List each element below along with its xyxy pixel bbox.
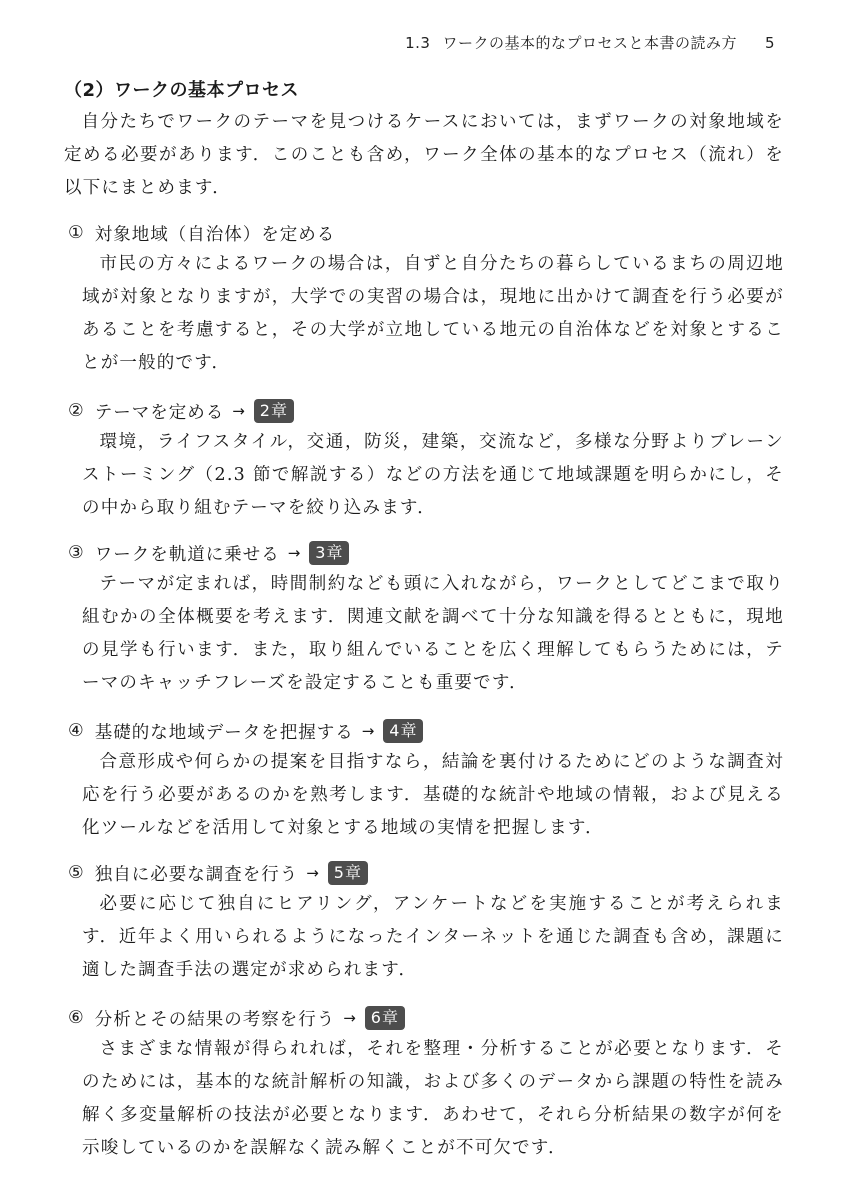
step-heading: ② テーマを定める → 2章	[68, 396, 784, 426]
arrow-right-icon: →	[288, 544, 302, 562]
page-number: 5	[765, 34, 775, 52]
step-body: 環境，ライフスタイル，交通，防災，建築，交流など，多様な分野よりブレーンストーミ…	[68, 426, 784, 525]
header-section-title: ワークの基本的なプロセスと本書の読み方	[442, 32, 737, 53]
arrow-right-icon: →	[343, 1009, 357, 1027]
step-title: 分析とその結果の考察を行う	[95, 1006, 336, 1031]
arrow-right-icon: →	[362, 722, 376, 740]
process-step-6: ⑥ 分析とその結果の考察を行う → 6章 さまざまな情報が得られれば，それを整理…	[68, 1003, 784, 1165]
step-number: ⑤	[68, 863, 85, 883]
process-step-4: ④ 基礎的な地域データを把握する → 4章 合意形成や何らかの提案を目指すなら，…	[68, 716, 784, 845]
arrow-right-icon: →	[306, 864, 320, 882]
step-title: 基礎的な地域データを把握する	[95, 719, 354, 744]
process-step-1: ① 対象地域（自治体）を定める 市民の方々によるワークの場合は，自ずと自分たちの…	[68, 218, 784, 380]
process-step-2: ② テーマを定める → 2章 環境，ライフスタイル，交通，防災，建築，交流など，…	[68, 396, 784, 525]
intro-paragraph: 自分たちでワークのテーマを見つけるケースにおいては，まずワークの対象地域を定める…	[64, 106, 784, 205]
step-body: 必要に応じて独自にヒアリング，アンケートなどを実施することが考えられます．近年よ…	[68, 888, 784, 987]
step-title: ワークを軌道に乗せる	[95, 541, 280, 566]
step-number: ④	[68, 721, 85, 741]
chapter-badge: 5章	[328, 861, 368, 885]
step-heading: ⑤ 独自に必要な調査を行う → 5章	[68, 858, 784, 888]
section-title: （2）ワークの基本プロセス	[64, 76, 299, 102]
step-number: ②	[68, 401, 85, 421]
step-heading: ① 対象地域（自治体）を定める	[68, 218, 784, 248]
chapter-badge: 4章	[383, 719, 423, 743]
step-heading: ④ 基礎的な地域データを把握する → 4章	[68, 716, 784, 746]
chapter-badge: 6章	[365, 1006, 405, 1030]
running-header: 1.3 ワークの基本的なプロセスと本書の読み方 5	[405, 32, 775, 53]
step-number: ①	[68, 223, 85, 243]
process-step-3: ③ ワークを軌道に乗せる → 3章 テーマが定まれば，時間制約なども頭に入れなが…	[68, 538, 784, 700]
step-title: テーマを定める	[95, 399, 225, 424]
step-heading: ⑥ 分析とその結果の考察を行う → 6章	[68, 1003, 784, 1033]
step-number: ⑥	[68, 1008, 85, 1028]
arrow-right-icon: →	[232, 402, 246, 420]
chapter-badge: 3章	[309, 541, 349, 565]
step-body: 合意形成や何らかの提案を目指すなら，結論を裏付けるためにどのような調査対応を行う…	[68, 746, 784, 845]
step-number: ③	[68, 543, 85, 563]
step-title: 独自に必要な調査を行う	[95, 861, 299, 886]
step-body: 市民の方々によるワークの場合は，自ずと自分たちの暮らしているまちの周辺地域が対象…	[68, 248, 784, 380]
step-body: さまざまな情報が得られれば，それを整理・分析することが必要となります．そのために…	[68, 1033, 784, 1165]
step-title: 対象地域（自治体）を定める	[95, 221, 336, 246]
process-step-5: ⑤ 独自に必要な調査を行う → 5章 必要に応じて独自にヒアリング，アンケートな…	[68, 858, 784, 987]
step-heading: ③ ワークを軌道に乗せる → 3章	[68, 538, 784, 568]
step-body: テーマが定まれば，時間制約なども頭に入れながら，ワークとしてどこまで取り組むかの…	[68, 568, 784, 700]
header-section-number: 1.3	[405, 34, 430, 52]
chapter-badge: 2章	[254, 399, 294, 423]
